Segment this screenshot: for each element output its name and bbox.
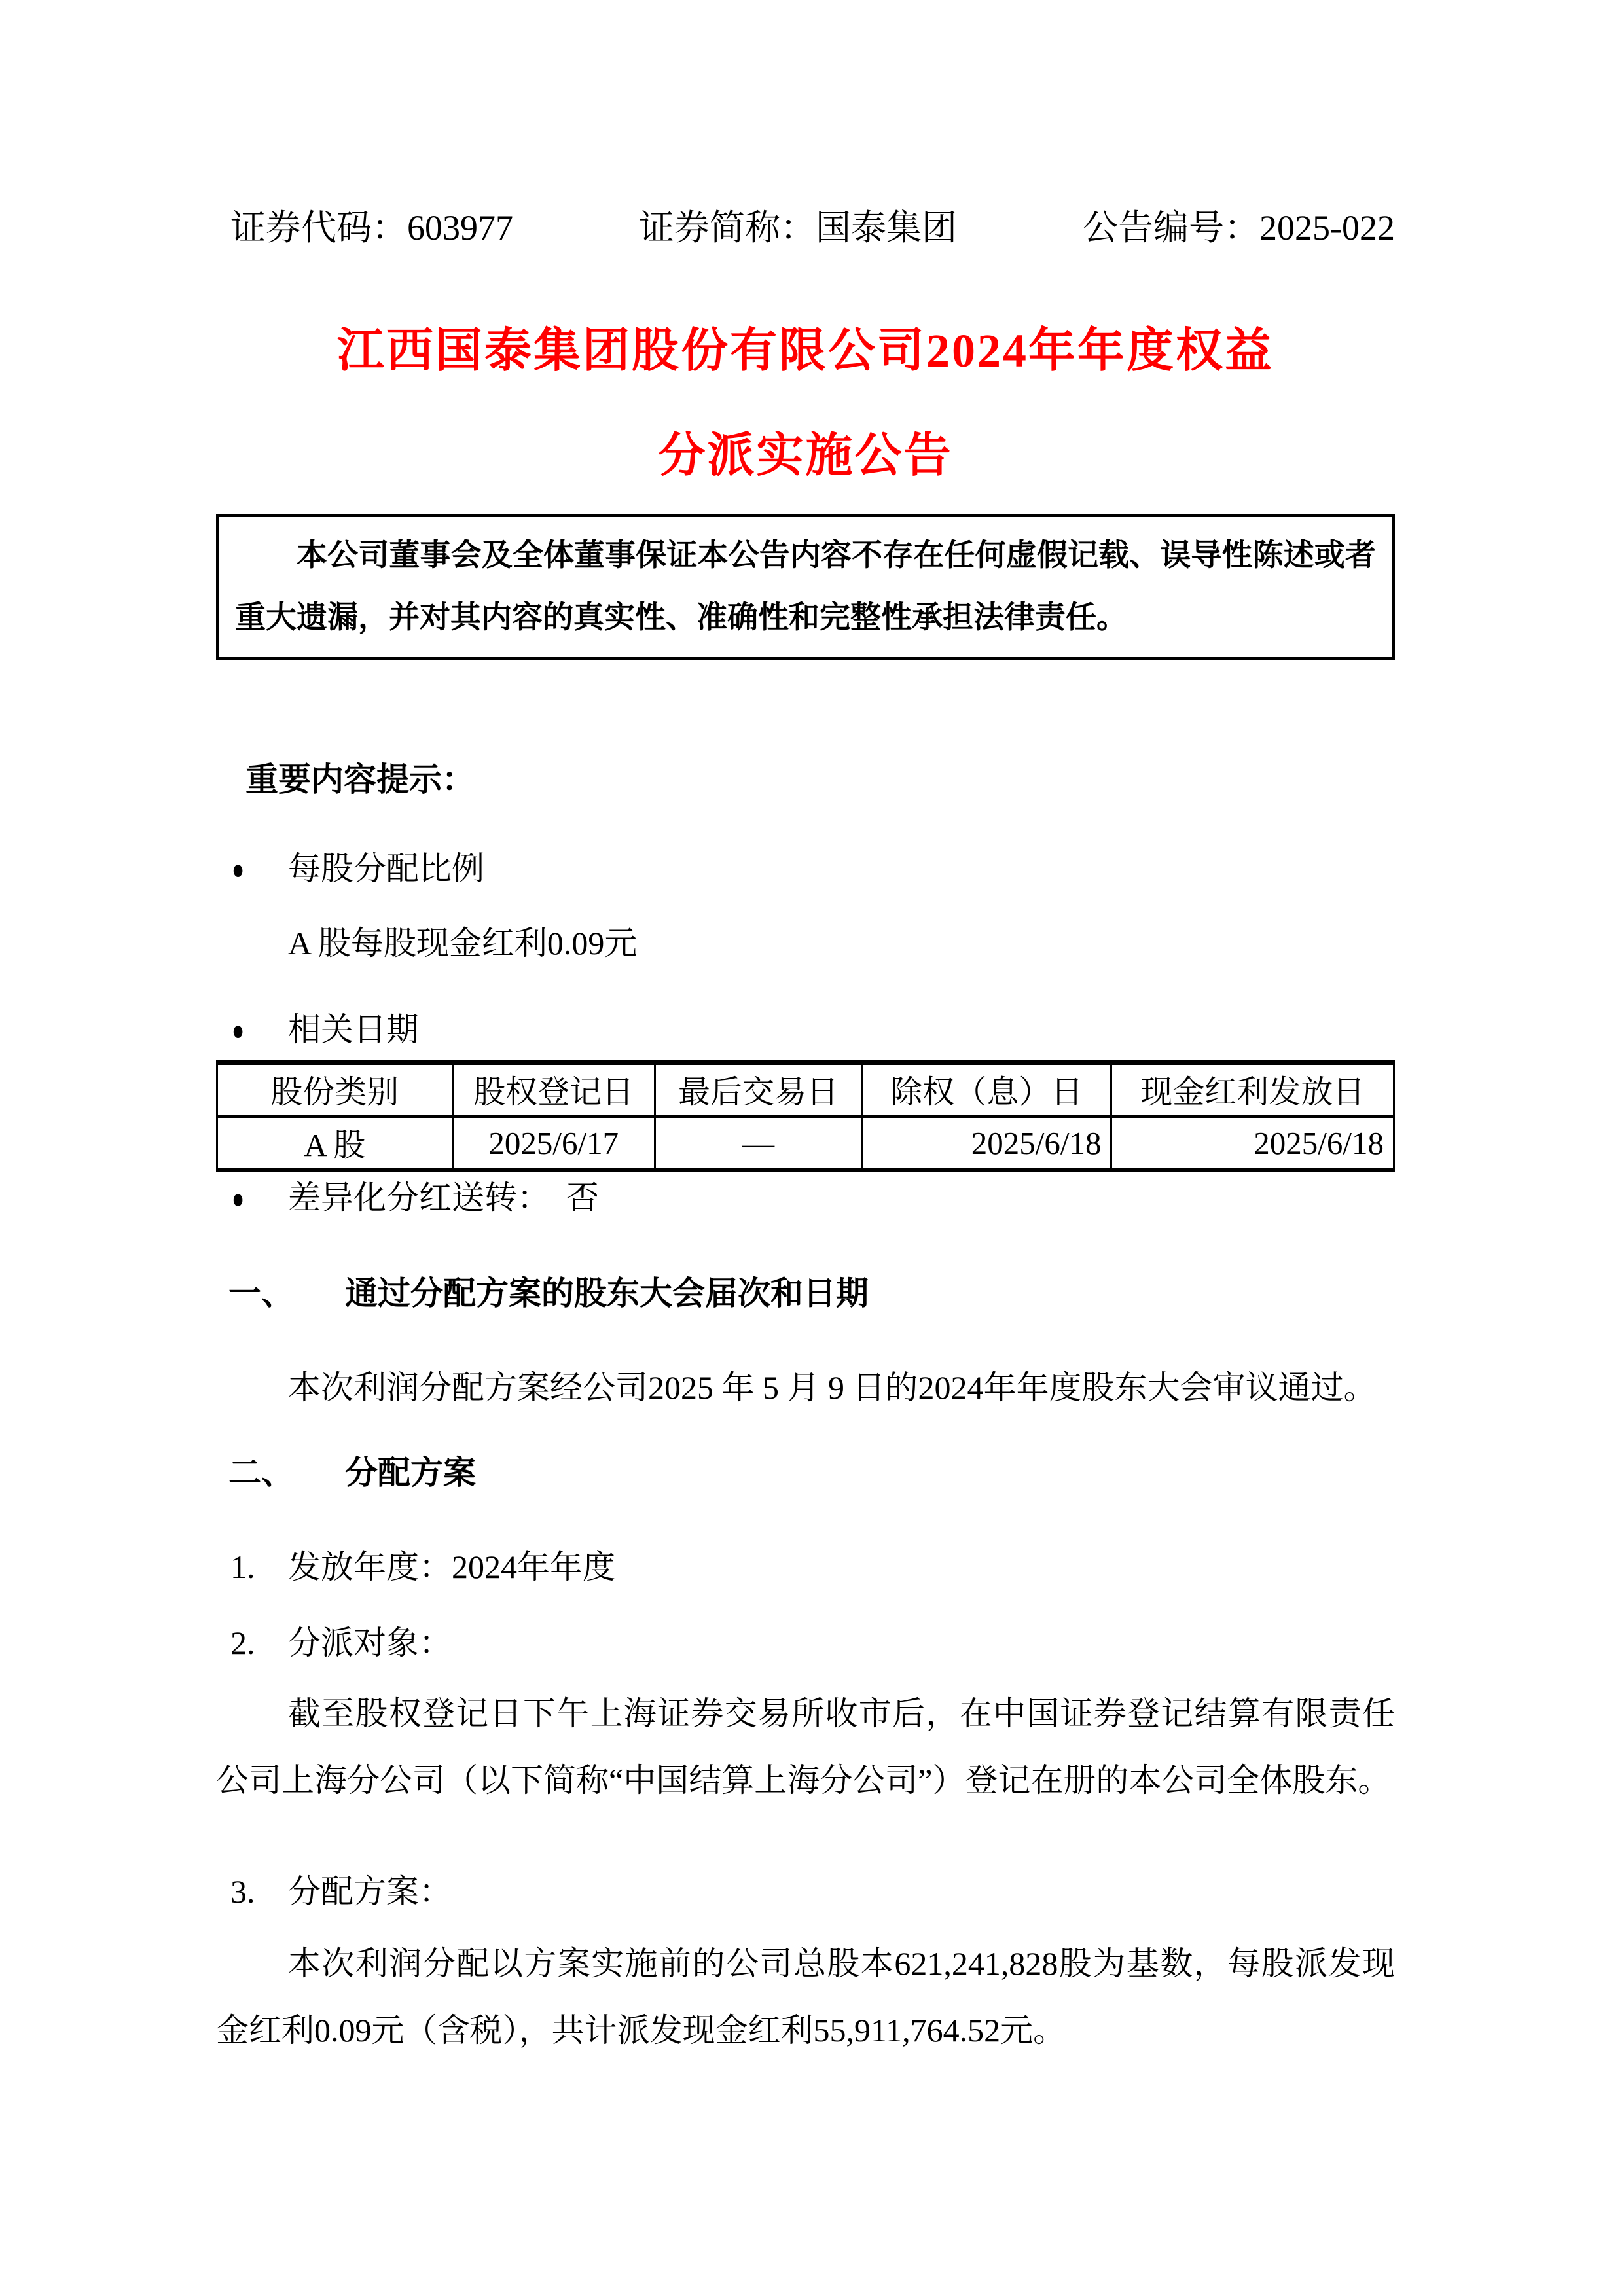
table-header-ex-dividend-date: 除权（息）日 (862, 1063, 1111, 1117)
stock-name-text: 证券简称：国泰集团 (639, 206, 957, 249)
section-1-paragraph: 本次利润分配方案经公司2025 年 5 月 9 日的2024年年度股东大会审议通… (216, 1354, 1395, 1421)
bullet-item-differentiated-dividend: ● 差异化分红送转： 否 (216, 1176, 1395, 1219)
disclaimer-box: 本公司董事会及全体董事保证本公告内容不存在任何虚假记载、误导性陈述或者重大遗漏，… (216, 514, 1395, 660)
item-2-number: 2. (230, 1621, 255, 1664)
stock-code-text: 证券代码：603977 (230, 206, 513, 249)
dates-table: 股份类别 股权登记日 最后交易日 除权（息）日 现金红利发放日 A 股 2025… (216, 1060, 1395, 1172)
table-header-record-date: 股权登记日 (452, 1063, 655, 1117)
table-header-share-type: 股份类别 (217, 1063, 453, 1117)
bullet-icon: ● (232, 1009, 244, 1052)
announcement-page: 证券代码：603977 证券简称：国泰集团 公告编号：2025-022 江西国泰… (0, 0, 1624, 2296)
bullet-item-dates: ● 相关日期 (216, 1008, 1395, 1051)
page-title-line-1: 江西国泰集团股份有限公司2024年年度权益 (216, 298, 1395, 403)
item-2-paragraph: 截至股权登记日下午上海证券交易所收市后，在中国证券登记结算有限责任公司上海分公司… (216, 1680, 1395, 1814)
table-header-last-trade-date: 最后交易日 (655, 1063, 861, 1117)
announcement-number-text: 公告编号：2025-022 (1083, 206, 1395, 249)
section-1-number: 一、 (228, 1272, 294, 1315)
table-header-row: 股份类别 股权登记日 最后交易日 除权（息）日 现金红利发放日 (217, 1063, 1394, 1117)
section-1-title: 通过分配方案的股东大会届次和日期 (345, 1275, 869, 1312)
bullet-item-label: 相关日期 (288, 1011, 419, 1048)
cell-record-date: 2025/6/17 (452, 1117, 655, 1170)
cell-last-trade-date: — (655, 1117, 861, 1170)
table-header-payment-date: 现金红利发放日 (1111, 1063, 1394, 1117)
bullet-item-label: 差异化分红送转： 否 (288, 1179, 599, 1216)
item-3-paragraph: 本次利润分配以方案实施前的公司总股本621,241,828股为基数，每股派发现金… (216, 1930, 1395, 2064)
dividend-per-share-text: A 股每股现金红利0.09元 (216, 922, 1395, 965)
section-2-title: 分配方案 (345, 1454, 476, 1491)
page-title-line-2: 分派实施公告 (216, 403, 1395, 508)
section-2-heading: 二、 分配方案 (216, 1451, 1395, 1494)
numbered-item-distribution-plan: 3. 分配方案： (216, 1870, 1395, 1913)
bullet-item-label: 每股分配比例 (288, 850, 484, 887)
section-1-heading: 一、 通过分配方案的股东大会届次和日期 (216, 1272, 1395, 1315)
document-header-line: 证券代码：603977 证券简称：国泰集团 公告编号：2025-022 (216, 206, 1395, 249)
page-title: 江西国泰集团股份有限公司2024年年度权益 分派实施公告 (216, 298, 1395, 508)
cell-payment-date: 2025/6/18 (1111, 1117, 1394, 1170)
item-3-text: 分配方案： (288, 1873, 452, 1910)
item-1-text: 发放年度：2024年年度 (288, 1549, 615, 1585)
bullet-icon: ● (232, 1177, 244, 1221)
section-2-number: 二、 (228, 1451, 294, 1494)
table-row: A 股 2025/6/17 — 2025/6/18 2025/6/18 (217, 1117, 1394, 1170)
cell-ex-dividend-date: 2025/6/18 (862, 1117, 1111, 1170)
item-1-number: 1. (230, 1545, 255, 1588)
bullet-icon: ● (232, 848, 244, 891)
important-notice-heading: 重要内容提示： (216, 758, 1395, 801)
numbered-item-distribution-target: 2. 分派对象： (216, 1621, 1395, 1664)
bullet-item-dividend-ratio: ● 每股分配比例 (216, 847, 1395, 890)
disclaimer-text: 本公司董事会及全体董事保证本公告内容不存在任何虚假记载、误导性陈述或者重大遗漏，… (235, 539, 1376, 635)
cell-share-type: A 股 (217, 1117, 453, 1170)
item-2-text: 分派对象： (288, 1624, 452, 1661)
item-3-number: 3. (230, 1870, 255, 1913)
numbered-item-payout-year: 1. 发放年度：2024年年度 (216, 1545, 1395, 1588)
